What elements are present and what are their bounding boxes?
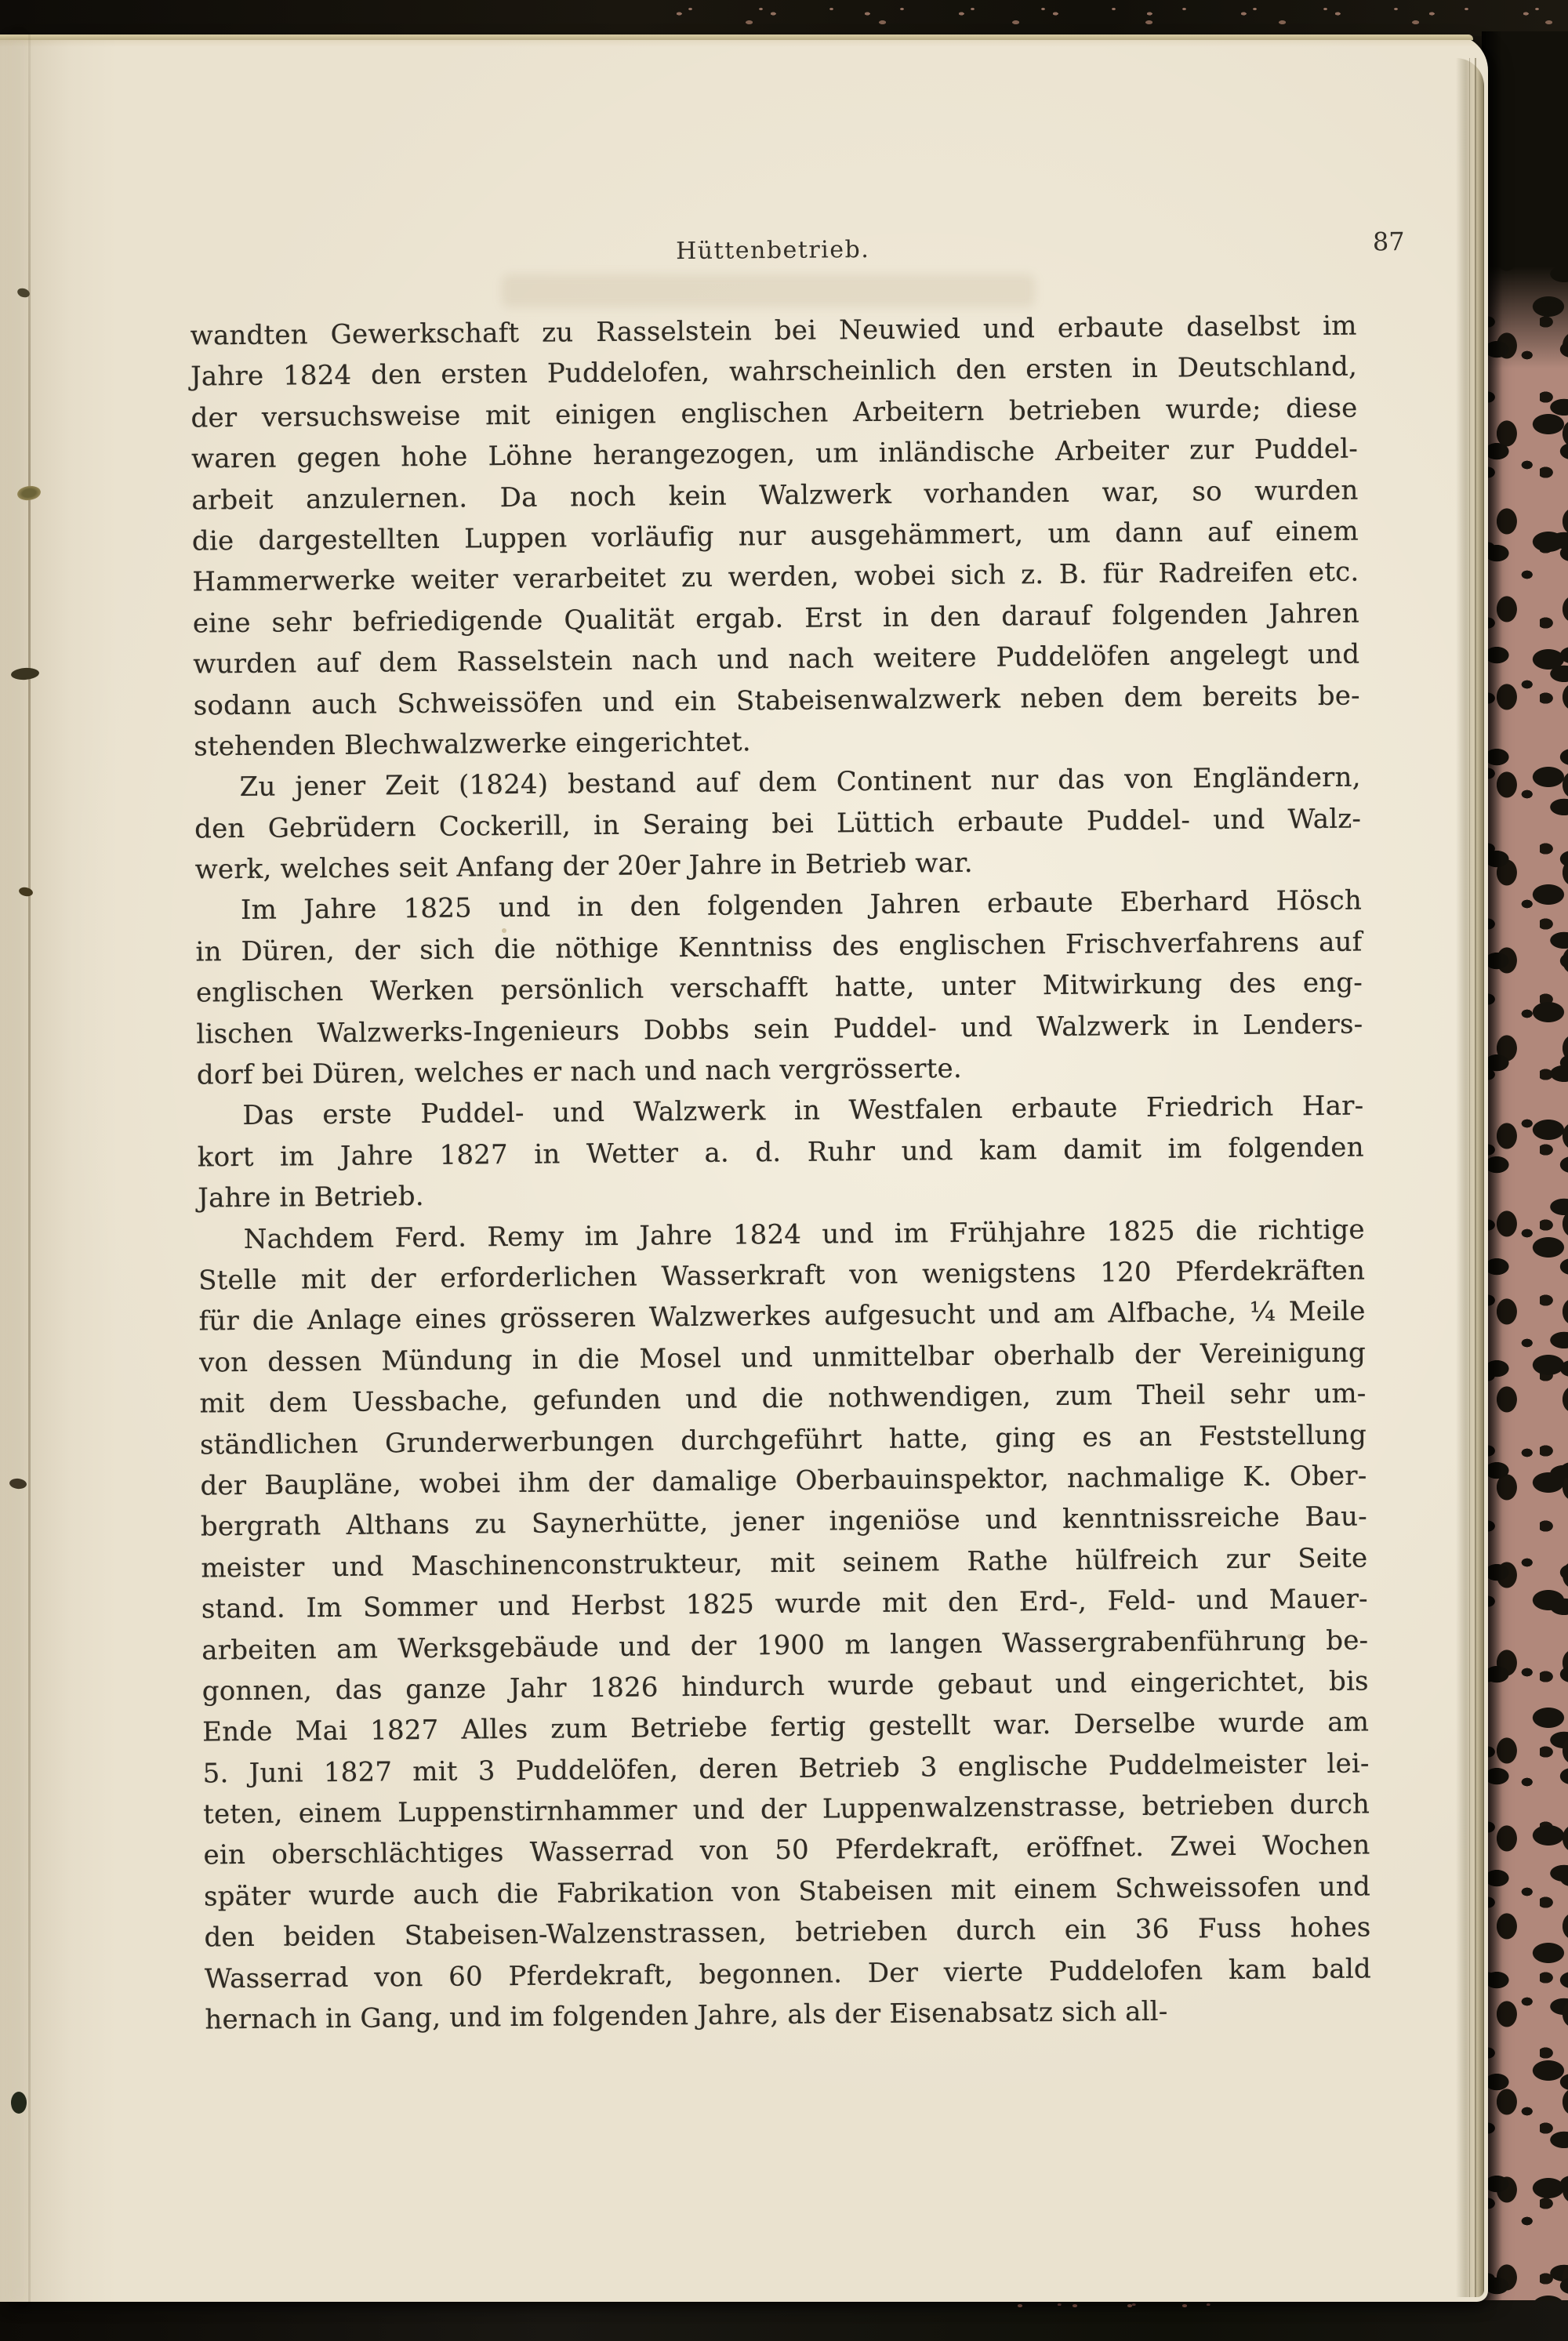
book-scan: Hüttenbetrieb. 87 wandten Gewerkschaft z… <box>0 0 1568 2341</box>
paragraph: Im Jahre 1825 und in den folgenden Jahre… <box>195 880 1363 1096</box>
paragraph: Nachdem Ferd. Remy im Jahre 1824 und im … <box>198 1209 1372 2041</box>
running-header: Hüttenbetrieb. <box>190 232 1356 270</box>
paragraph: Das erste Puddel- und Walzwerk in Westfa… <box>197 1086 1364 1219</box>
paragraph: Zu jener Zeit (1824) bestand auf dem Con… <box>194 757 1361 891</box>
cover-marbling-bottom <box>1004 2300 1223 2311</box>
page-content: Hüttenbetrieb. 87 wandten Gewerkschaft z… <box>0 28 1498 2308</box>
body-text: wandten Gewerkschaft zu Rasselstein bei … <box>190 306 1371 2041</box>
paragraph: wandten Gewerkschaft zu Rasselstein bei … <box>190 306 1360 768</box>
page-number: 87 <box>1373 227 1405 256</box>
page-header-row: Hüttenbetrieb. 87 <box>190 232 1356 277</box>
book-page: Hüttenbetrieb. 87 wandten Gewerkschaft z… <box>0 34 1488 2302</box>
